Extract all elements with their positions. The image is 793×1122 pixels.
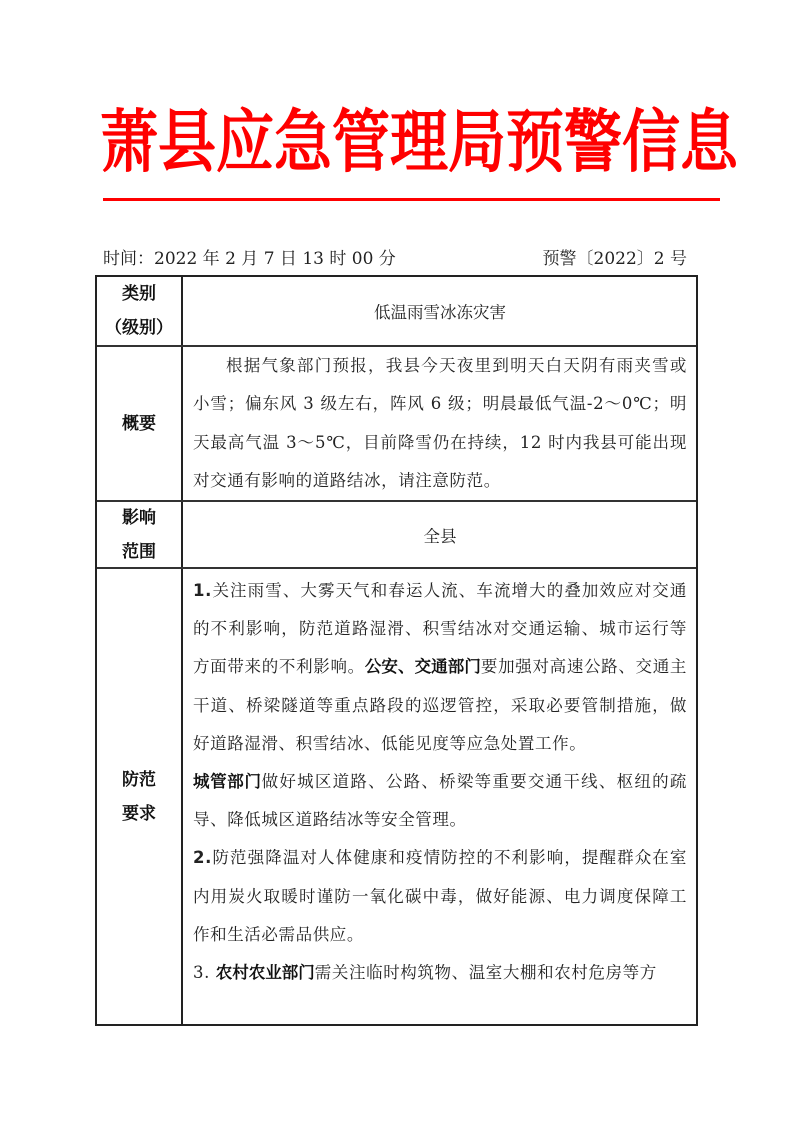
category-value-cell: 低温雨雪冰冻灾害 (183, 277, 696, 345)
requirement-3-dept-agriculture: 农村农业部门 (216, 963, 315, 982)
table-row-category: 类别 （级别） 低温雨雪冰冻灾害 (97, 277, 696, 345)
scope-value-cell: 全县 (183, 502, 696, 567)
requirements-cell: 1.关注雨雪、大雾天气和春运人流、车流增大的叠加效应对交通的不利影响，防范道路湿… (183, 569, 696, 1024)
category-label-line1: 类别 (105, 277, 173, 311)
requirement-2-number: 2. (193, 848, 212, 867)
requirement-3-number: 3. (193, 963, 216, 982)
requirements-label: 防范 要求 (97, 569, 183, 1024)
category-value: 低温雨雪冰冻灾害 (193, 299, 687, 323)
requirement-item-1: 1.关注雨雪、大雾天气和春运人流、车流增大的叠加效应对交通的不利影响，防范道路湿… (193, 572, 687, 839)
scope-label-line1: 影响 (122, 501, 156, 535)
red-divider-rule (103, 198, 720, 201)
table-row-scope: 影响 范围 全县 (97, 500, 696, 567)
scope-value: 全县 (193, 523, 687, 547)
table-row-requirements: 防范 要求 1.关注雨雪、大雾天气和春运人流、车流增大的叠加效应对交通的不利影响… (97, 567, 696, 1024)
page-title: 萧县应急管理局预警信息 (100, 83, 720, 201)
meta-line: 时间：2022 年 2 月 7 日 13 时 00 分 预警〔2022〕2 号 (103, 245, 693, 273)
requirement-1-number: 1. (193, 581, 212, 600)
summary-cell: 根据气象部门预报，我县今天夜里到明天白天阴有雨夹雪或小雪；偏东风 3 级左右，阵… (183, 347, 696, 500)
scope-label: 影响 范围 (97, 502, 183, 567)
scope-label-line2: 范围 (122, 535, 156, 569)
category-label-line2: （级别） (105, 311, 173, 345)
requirement-3-text: 需关注临时构筑物、温室大棚和农村危房等方 (315, 963, 657, 982)
table-row-summary: 概要 根据气象部门预报，我县今天夜里到明天白天阴有雨夹雪或小雪；偏东风 3 级左… (97, 345, 696, 500)
requirement-item-3: 3. 农村农业部门需关注临时构筑物、温室大棚和农村危房等方 (193, 954, 687, 992)
requirement-1-text-c: 做好城区道路、公路、桥梁等重要交通干线、枢纽的疏导、降低城区道路结冰等安全管理。 (193, 772, 687, 829)
warning-table: 类别 （级别） 低温雨雪冰冻灾害 概要 根据气象部门预报，我县今天夜里到明天白天… (95, 275, 698, 1026)
requirement-item-2: 2.防范强降温对人体健康和疫情防控的不利影响，提醒群众在室内用炭火取暖时谨防一氧… (193, 839, 687, 954)
issue-time: 时间：2022 年 2 月 7 日 13 时 00 分 (103, 245, 396, 273)
requirement-1-dept-urban: 城管部门 (193, 772, 262, 791)
requirements-label-line1: 防范 (122, 763, 156, 797)
requirement-1-dept-police-transport: 公安、交通部门 (365, 657, 481, 676)
requirements-label-line2: 要求 (122, 797, 156, 831)
summary-text: 根据气象部门预报，我县今天夜里到明天白天阴有雨夹雪或小雪；偏东风 3 级左右，阵… (193, 347, 687, 500)
requirement-2-text: 防范强降温对人体健康和疫情防控的不利影响，提醒群众在室内用炭火取暖时谨防一氧化碳… (193, 848, 687, 943)
warning-number: 预警〔2022〕2 号 (543, 245, 687, 273)
summary-label: 概要 (97, 347, 183, 500)
category-label: 类别 （级别） (97, 277, 183, 345)
